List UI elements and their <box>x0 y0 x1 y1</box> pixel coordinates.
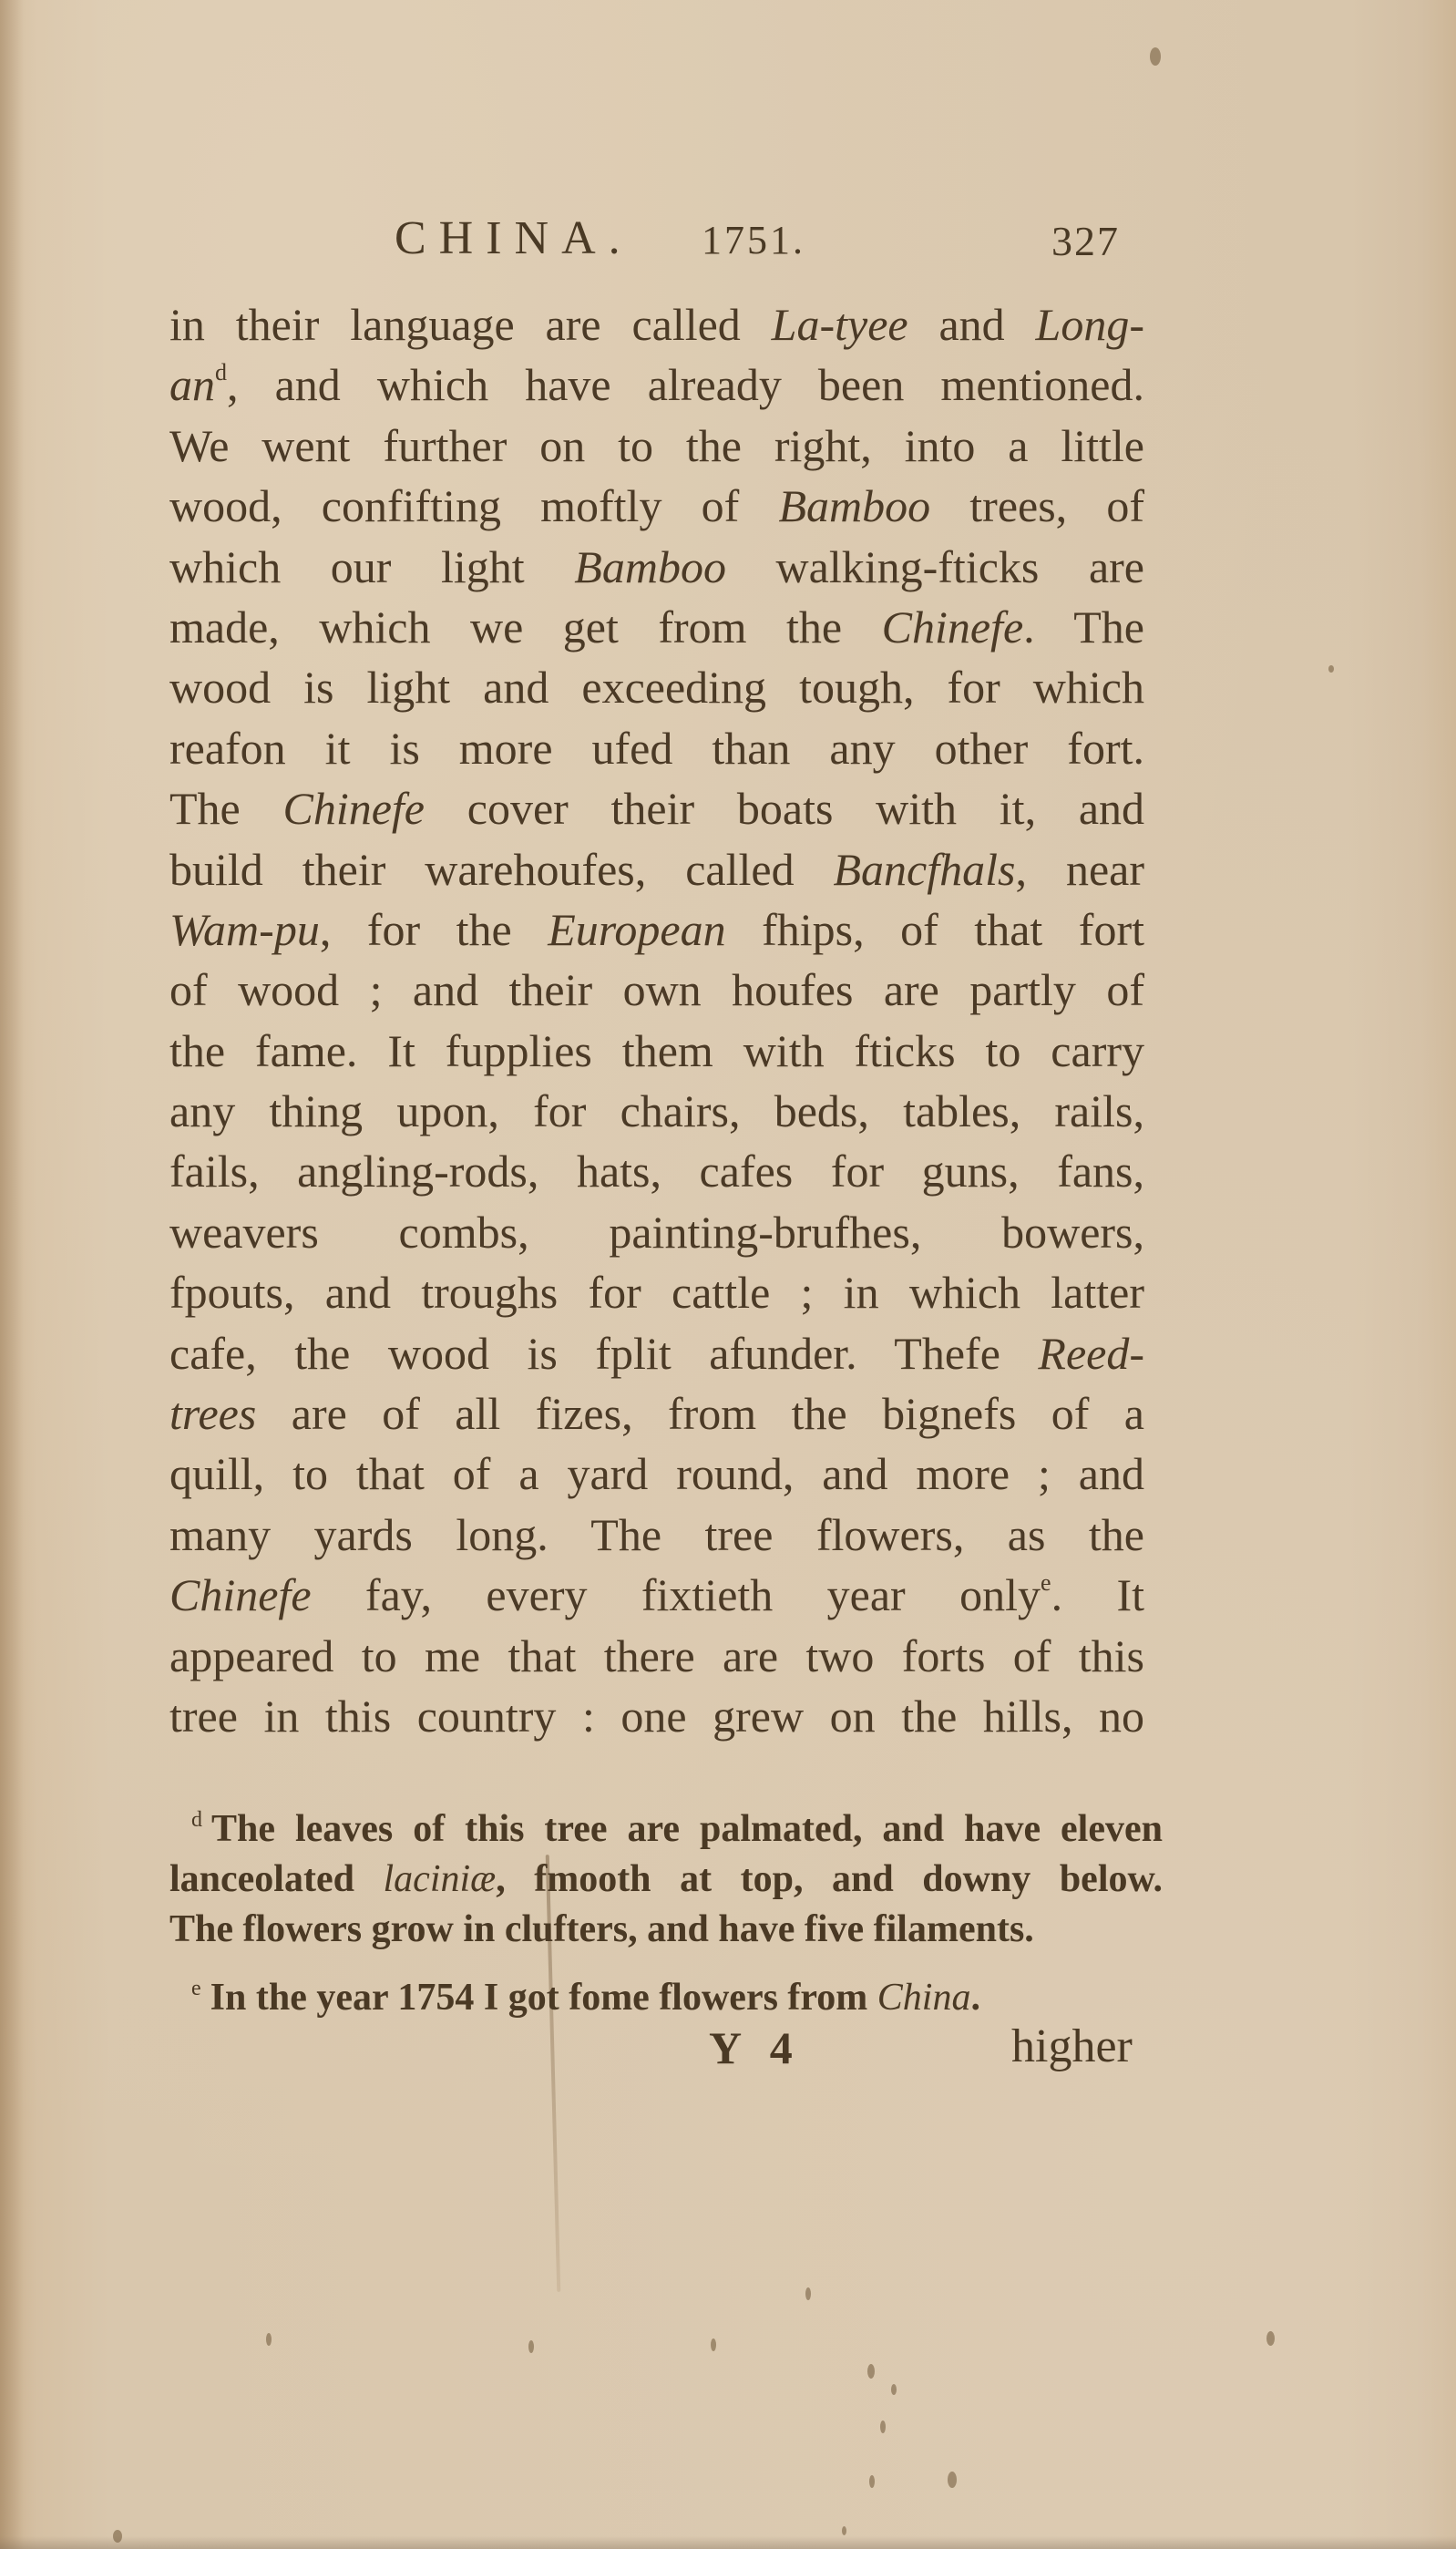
text-run: The leaves of this tree are palmated, an… <box>211 1808 1163 1850</box>
footnote-line: The flowers grow in clufters, and have f… <box>169 1905 1163 1955</box>
footnote-mark: e <box>191 1977 201 2000</box>
text-run: many yards long. The tree flowers, as th… <box>169 1509 1144 1560</box>
text-run: cover their boats with it, and <box>425 783 1144 834</box>
text-line: appeared to me that there are two forts … <box>169 1626 1144 1686</box>
body-text: in their language are called La-tyee and… <box>169 294 1144 1746</box>
catchword: higher <box>1011 2020 1133 2073</box>
foxing-speck <box>842 2526 846 2535</box>
text-line: cafe, the wood is fplit afunder. Thefe R… <box>169 1323 1144 1383</box>
italic-text: European <box>548 904 725 955</box>
italic-text: Reed- <box>1038 1328 1144 1379</box>
footnote-mark: d <box>191 1808 202 1832</box>
text-line: made, which we get from the Chinefe. The <box>169 597 1144 657</box>
running-year: 1751. <box>702 217 805 263</box>
italic-text: Chinefe <box>282 783 425 834</box>
text-line: quill, to that of a yard round, and more… <box>169 1444 1144 1504</box>
footnote-line: lanceolated laciniæ, fmooth at top, and … <box>169 1855 1163 1905</box>
text-run: . The <box>1023 601 1144 653</box>
text-line: fails, angling-rods, hats, cafes for gun… <box>169 1141 1144 1201</box>
text-run: , and which have already been mentioned. <box>227 359 1144 410</box>
text-run: any thing upon, for chairs, beds, tables… <box>169 1085 1144 1136</box>
text-line: Wam-pu, for the European fhips, of that … <box>169 899 1144 960</box>
foxing-speck <box>867 2364 875 2379</box>
italic-text: Bancfhals <box>834 844 1016 895</box>
foxing-speck <box>711 2338 716 2351</box>
foxing-speck <box>113 2530 122 2543</box>
text-line: fpouts, and troughs for cattle ; in whic… <box>169 1262 1144 1322</box>
foxing-speck <box>528 2340 534 2353</box>
text-run: are of all fizes, from the bignefs of a <box>256 1388 1144 1439</box>
italic-text: Chinefe <box>882 601 1024 653</box>
text-run: fpouts, and troughs for cattle ; in whic… <box>169 1267 1144 1318</box>
text-line: many yards long. The tree flowers, as th… <box>169 1505 1144 1565</box>
page-bottom-edge <box>0 2536 1456 2549</box>
text-line: and, and which have already been mention… <box>169 355 1144 415</box>
text-run: the fame. It fupplies them with fticks t… <box>169 1025 1144 1076</box>
footnote-reference: e <box>1041 1569 1051 1596</box>
text-line: any thing upon, for chairs, beds, tables… <box>169 1081 1144 1141</box>
page-number: 327 <box>1051 217 1120 265</box>
text-run: which our light <box>169 541 574 592</box>
italic-text: Long- <box>1036 299 1144 350</box>
foxing-speck <box>948 2472 957 2488</box>
foxing-speck <box>266 2333 272 2346</box>
text-line: trees are of all fizes, from the bignefs… <box>169 1383 1144 1444</box>
foxing-speck <box>1328 665 1334 673</box>
book-page: CHINA. 1751. 327 in their language are c… <box>0 0 1456 2549</box>
text-run: , near <box>1016 844 1145 895</box>
text-line: The Chinefe cover their boats with it, a… <box>169 778 1144 838</box>
text-run: lanceolated <box>169 1858 384 1900</box>
footnote-gap <box>169 1955 1163 1973</box>
text-run: made, which we get from the <box>169 601 882 653</box>
italic-text: La-tyee <box>772 299 908 350</box>
text-line: tree in this country : one grew on the h… <box>169 1686 1144 1746</box>
text-run: fails, angling-rods, hats, cafes for gun… <box>169 1146 1144 1197</box>
text-line: build their warehoufes, called Bancfhals… <box>169 839 1144 899</box>
text-line: the fame. It fupplies them with fticks t… <box>169 1021 1144 1081</box>
text-run: quill, to that of a yard round, and more… <box>169 1448 1144 1499</box>
text-line: wood, confifting moftly of Bamboo trees,… <box>169 476 1144 536</box>
italic-text: Bamboo <box>778 480 930 531</box>
text-run: weavers combs, painting-brufhes, bowers, <box>169 1207 1144 1258</box>
text-run: wood is light and exceeding tough, for w… <box>169 662 1144 713</box>
foxing-speck <box>891 2384 897 2395</box>
text-run: wood, confifting moftly of <box>169 480 778 531</box>
text-line: Chinefe fay, every fixtieth year onlye. … <box>169 1565 1144 1625</box>
text-run: , for the <box>320 904 548 955</box>
text-run: fay, every fixtieth year only <box>312 1569 1041 1620</box>
italic-text: China <box>877 1977 971 2019</box>
text-run: We went further on to the right, into a … <box>169 420 1144 471</box>
footnotes: dThe leaves of this tree are palmated, a… <box>169 1804 1163 2023</box>
running-title: CHINA. <box>395 211 633 265</box>
text-line: wood is light and exceeding tough, for w… <box>169 657 1144 717</box>
foxing-speck <box>880 2421 886 2433</box>
foxing-speck <box>869 2475 875 2488</box>
running-head: CHINA. 1751. 327 <box>171 211 1155 275</box>
footnote-line: eIn the year 1754 I got fome flowers fro… <box>169 1973 1163 2023</box>
text-line: which our light Bamboo walking-fticks ar… <box>169 537 1144 597</box>
italic-text: laciniæ <box>384 1858 497 1900</box>
gutter-shadow <box>0 0 24 2549</box>
text-run: of wood ; and their own houfes are partl… <box>169 964 1144 1015</box>
footnote-line: dThe leaves of this tree are palmated, a… <box>169 1804 1163 1855</box>
footnote-reference: d <box>215 359 227 385</box>
foxing-speck <box>805 2287 811 2300</box>
signature-mark: Y 4 <box>709 2021 802 2074</box>
italic-text: Wam-pu <box>169 904 320 955</box>
text-run: cafe, the wood is fplit afunder. Thefe <box>169 1328 1038 1379</box>
text-run: , fmooth at top, and downy below. <box>496 1858 1163 1900</box>
text-run: tree in this country : one grew on the h… <box>169 1691 1144 1742</box>
text-line: We went further on to the right, into a … <box>169 416 1144 476</box>
italic-text: trees <box>169 1388 256 1439</box>
text-line: weavers combs, painting-brufhes, bowers, <box>169 1202 1144 1262</box>
text-run: walking-fticks are <box>726 541 1144 592</box>
italic-text: Bamboo <box>574 541 726 592</box>
foxing-speck <box>1150 47 1161 66</box>
foxing-speck <box>1266 2331 1275 2346</box>
text-line: in their language are called La-tyee and… <box>169 294 1144 355</box>
italic-text: an <box>169 359 215 410</box>
text-run: fhips, of that fort <box>726 904 1144 955</box>
text-run: reafon it is more ufed than any other fo… <box>169 723 1144 774</box>
text-run: and <box>908 299 1036 350</box>
text-run: . <box>970 1977 980 2019</box>
text-line: of wood ; and their own houfes are partl… <box>169 960 1144 1020</box>
text-run: appeared to me that there are two forts … <box>169 1630 1144 1681</box>
text-run: The <box>169 783 282 834</box>
text-line: reafon it is more ufed than any other fo… <box>169 718 1144 778</box>
text-run: trees, of <box>930 480 1144 531</box>
text-run: . It <box>1051 1569 1144 1620</box>
text-run: In the year 1754 I got fome flowers from <box>210 1977 877 2019</box>
text-run: The flowers grow in clufters, and have f… <box>169 1908 1034 1950</box>
text-run: build their warehoufes, called <box>169 844 834 895</box>
text-run: in their language are called <box>169 299 772 350</box>
italic-text: Chinefe <box>169 1569 312 1620</box>
